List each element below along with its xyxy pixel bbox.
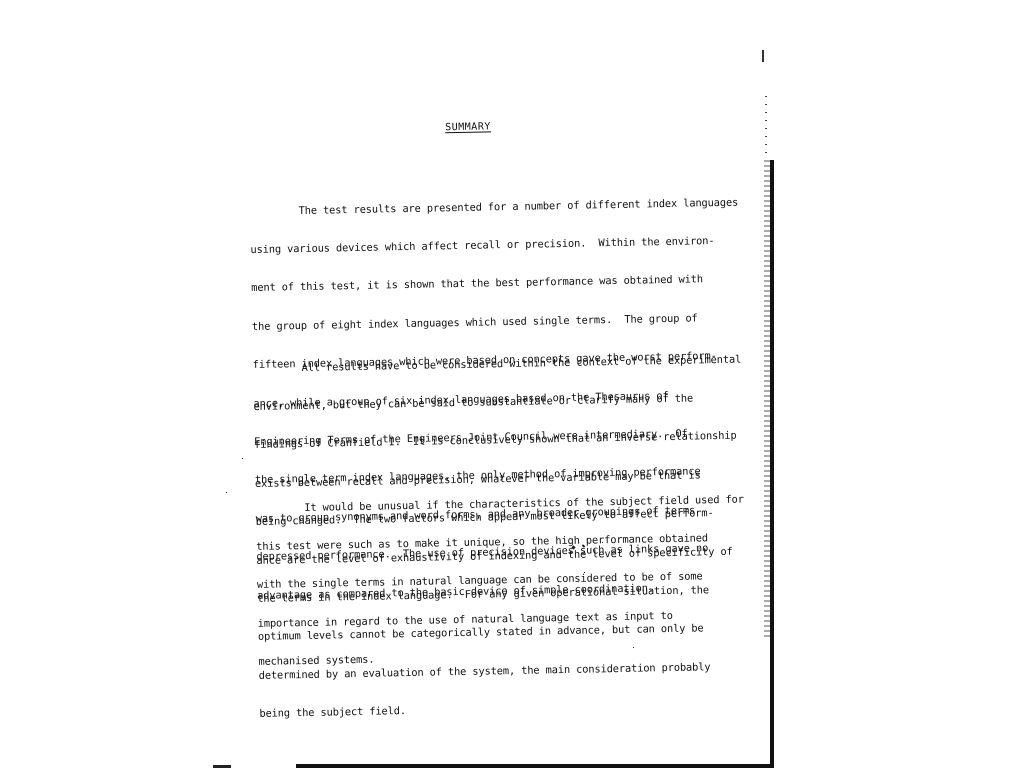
page-bottom-edge-shadow xyxy=(296,764,774,768)
paragraph-3: It would be unusual if the characteristi… xyxy=(255,468,721,694)
scan-speck xyxy=(633,647,634,648)
text-line: The test results are presented for a num… xyxy=(250,197,712,219)
page-right-edge-shadow xyxy=(770,160,774,765)
text-line: All results have to be considered within… xyxy=(253,354,715,376)
scan-speck xyxy=(621,549,622,550)
text-line: using various devices which affect recal… xyxy=(250,235,712,257)
scan-speck xyxy=(226,492,227,493)
text-line: being the subject field. xyxy=(259,699,721,721)
document-body: SUMMARY The test results are presented f… xyxy=(248,111,718,120)
scan-speck xyxy=(584,572,585,573)
text-line: mechanised systems. xyxy=(258,647,720,669)
text-line: this test were such as to make it unique… xyxy=(256,532,718,554)
document-title: SUMMARY xyxy=(445,121,491,133)
scan-speck xyxy=(242,458,243,459)
scan-edge-dots xyxy=(765,96,767,156)
scan-edge-mark xyxy=(762,50,764,62)
text-line: environment, but they can be said to sub… xyxy=(253,392,715,414)
text-line: importance in regard to the use of natur… xyxy=(258,609,720,631)
text-line: findings of Cranfield I. It is conclusiv… xyxy=(254,430,716,452)
text-line: ment of this test, it is shown that the … xyxy=(251,273,713,295)
text-line: with the single terms in natural languag… xyxy=(257,570,719,592)
scanned-document-page: SUMMARY The test results are presented f… xyxy=(0,0,1024,768)
scan-speck xyxy=(602,542,603,543)
text-line: It would be unusual if the characteristi… xyxy=(255,494,717,516)
